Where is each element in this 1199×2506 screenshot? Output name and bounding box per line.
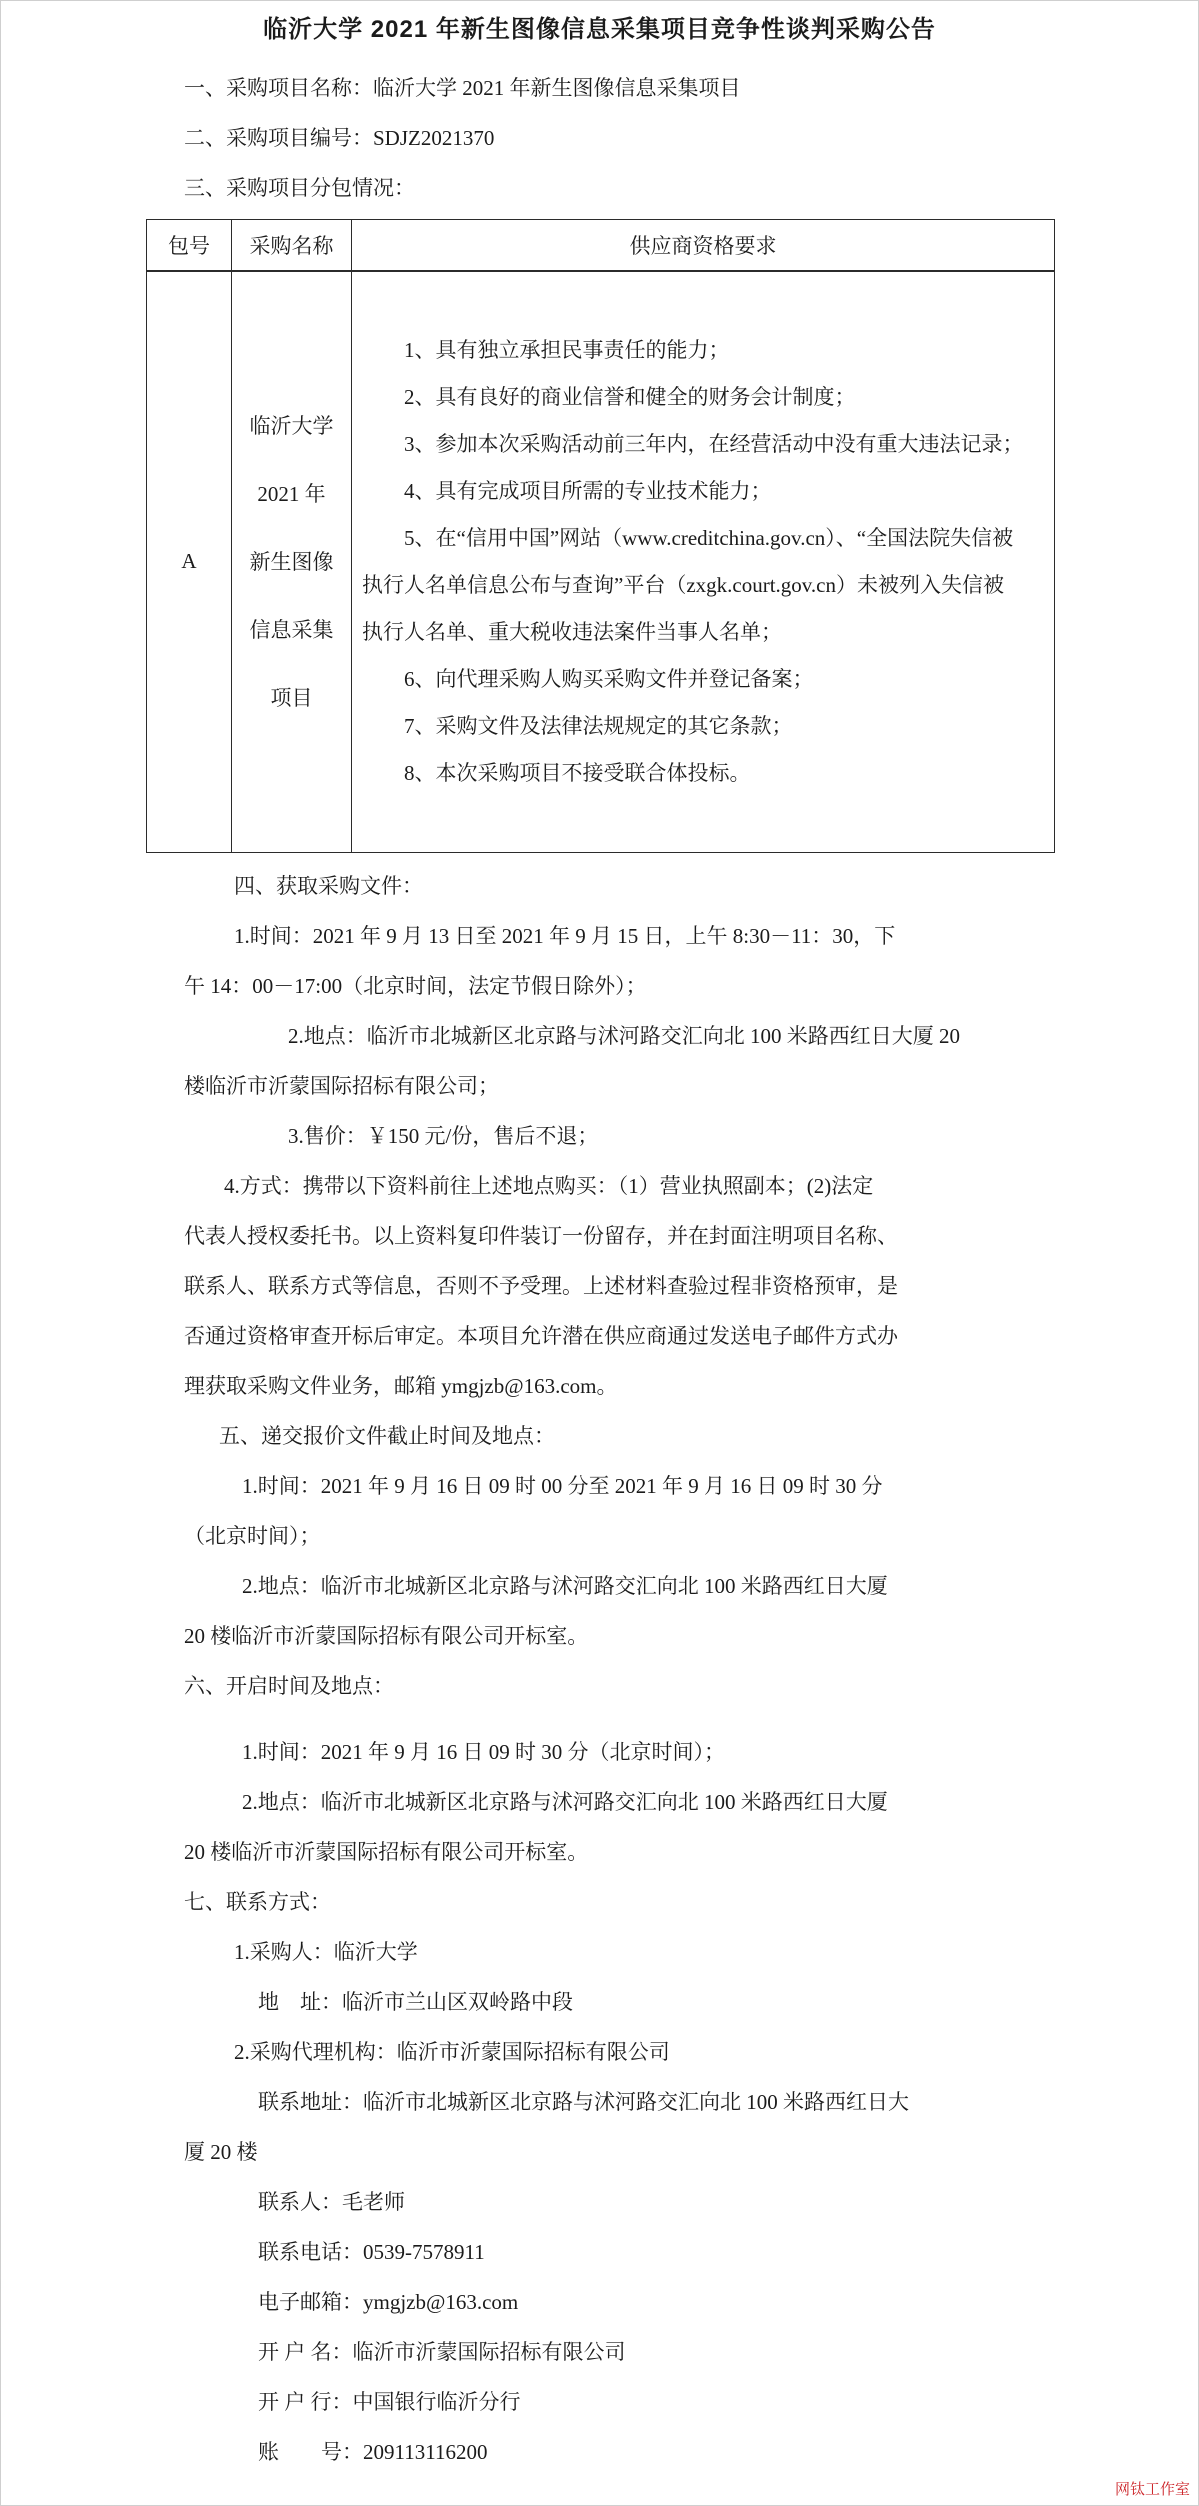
doc-line: 地 址：临沂市兰山区双岭路中段 — [184, 1977, 1100, 2027]
doc-line: 联系电话：0539-7578911 — [184, 2227, 1100, 2277]
section-heading-1: 一、采购项目名称：临沂大学 2021 年新生图像信息采集项目 — [184, 63, 1100, 113]
page-title: 临沂大学 2021 年新生图像信息采集项目竞争性谈判采购公告 — [1, 11, 1198, 49]
name-line: 信息采集 — [238, 596, 345, 664]
qualifications-cell: 1、具有独立承担民事责任的能力； 2、具有良好的商业信誉和健全的财务会计制度； … — [352, 271, 1055, 853]
requirement-item: 1、具有独立承担民事责任的能力； — [362, 327, 1024, 374]
name-line: 新生图像 — [238, 528, 345, 596]
doc-line: 联系人、联系方式等信息，否则不予受理。上述材料查验过程非资格预审，是 — [184, 1261, 1100, 1311]
doc-line: 20 楼临沂市沂蒙国际招标有限公司开标室。 — [184, 1827, 1100, 1877]
section-heading-4: 四、获取采购文件： — [184, 861, 1100, 911]
requirement-item: 6、向代理采购人购买采购文件并登记备案； — [362, 656, 1024, 703]
doc-line: 开 户 名：临沂市沂蒙国际招标有限公司 — [184, 2327, 1100, 2377]
requirement-item: 5、在“信用中国”网站（www.creditchina.gov.cn）、“全国法… — [362, 515, 1024, 656]
requirement-item: 8、本次采购项目不接受联合体投标。 — [362, 750, 1024, 797]
doc-line: 午 14：00－17:00（北京时间，法定节假日除外）； — [184, 961, 1100, 1011]
doc-line: 理获取采购文件业务，邮箱 ymgjzb@163.com。 — [184, 1361, 1100, 1411]
table-header-procurement-name: 采购名称 — [232, 220, 352, 271]
procurement-announcement-page: { "doc": { "title": "临沂大学 2021 年新生图像信息采集… — [0, 0, 1199, 2506]
doc-line: 厦 20 楼 — [184, 2127, 1100, 2177]
table-header-package-no: 包号 — [147, 220, 232, 271]
packages-table: 包号 采购名称 供应商资格要求 A 临沂大学 2021 年 新生图像 信息采集 … — [146, 219, 1055, 853]
doc-line: 1.时间：2021 年 9 月 16 日 09 时 30 分（北京时间）； — [184, 1727, 1100, 1777]
requirement-item: 2、具有良好的商业信誉和健全的财务会计制度； — [362, 374, 1024, 421]
requirement-item: 7、采购文件及法律法规规定的其它条款； — [362, 703, 1024, 750]
doc-line: 联系地址：临沂市北城新区北京路与沭河路交汇向北 100 米路西红日大 — [184, 2077, 1100, 2127]
doc-line: 3.售价：￥150 元/份，售后不退； — [184, 1111, 1100, 1161]
watermark: 网钛工作室 — [1115, 2478, 1190, 2499]
doc-line: 楼临沂市沂蒙国际招标有限公司； — [184, 1061, 1100, 1111]
doc-line: 4.方式：携带以下资料前往上述地点购买：（1）营业执照副本；(2)法定 — [184, 1161, 1100, 1211]
package-no-cell: A — [147, 271, 232, 853]
doc-line: 2.地点：临沂市北城新区北京路与沭河路交汇向北 100 米路西红日大厦 — [184, 1777, 1100, 1827]
doc-line: 账 号：209113116200 — [184, 2427, 1100, 2477]
doc-line: 2.地点：临沂市北城新区北京路与沭河路交汇向北 100 米路西红日大厦 — [184, 1561, 1100, 1611]
requirement-item: 3、参加本次采购活动前三年内，在经营活动中没有重大违法记录； — [362, 421, 1024, 468]
table-row: A 临沂大学 2021 年 新生图像 信息采集 项目 1、具有独立承担民事责任的… — [147, 271, 1055, 853]
doc-line: 20 楼临沂市沂蒙国际招标有限公司开标室。 — [184, 1611, 1100, 1661]
doc-line: （北京时间）； — [184, 1511, 1100, 1561]
requirement-item: 4、具有完成项目所需的专业技术能力； — [362, 468, 1024, 515]
body-section: 四、获取采购文件： 1.时间：2021 年 9 月 13 日至 2021 年 9… — [184, 861, 1100, 2477]
doc-line: 2.采购代理机构：临沂市沂蒙国际招标有限公司 — [184, 2027, 1100, 2077]
doc-line: 代表人授权委托书。以上资料复印件装订一份留存，并在封面注明项目名称、 — [184, 1211, 1100, 1261]
doc-line: 1.时间：2021 年 9 月 13 日至 2021 年 9 月 15 日，上午… — [184, 911, 1100, 961]
procurement-name-cell: 临沂大学 2021 年 新生图像 信息采集 项目 — [232, 271, 352, 853]
section-heading-7: 七、联系方式： — [184, 1877, 1100, 1927]
doc-line: 1.时间：2021 年 9 月 16 日 09 时 00 分至 2021 年 9… — [184, 1461, 1100, 1511]
table-header-row: 包号 采购名称 供应商资格要求 — [147, 220, 1055, 271]
doc-line: 联系人：毛老师 — [184, 2177, 1100, 2227]
doc-line: 2.地点：临沂市北城新区北京路与沭河路交汇向北 100 米路西红日大厦 20 — [184, 1011, 1100, 1061]
doc-line: 1.采购人：临沂大学 — [184, 1927, 1100, 1977]
section-heading-3: 三、采购项目分包情况： — [184, 163, 1100, 213]
section-heading-2: 二、采购项目编号：SDJZ2021370 — [184, 113, 1100, 163]
doc-line: 电子邮箱：ymgjzb@163.com — [184, 2277, 1100, 2327]
name-line: 2021 年 — [238, 460, 345, 528]
doc-line: 否通过资格审查开标后审定。本项目允许潜在供应商通过发送电子邮件方式办 — [184, 1311, 1100, 1361]
name-line: 项目 — [238, 664, 345, 732]
doc-line: 开 户 行：中国银行临沂分行 — [184, 2377, 1100, 2427]
name-line: 临沂大学 — [238, 392, 345, 460]
section-heading-5: 五、递交报价文件截止时间及地点： — [184, 1411, 1100, 1461]
intro-section: 一、采购项目名称：临沂大学 2021 年新生图像信息采集项目 二、采购项目编号：… — [184, 63, 1100, 213]
table-header-supplier-qualifications: 供应商资格要求 — [352, 220, 1055, 271]
document-content: 一、采购项目名称：临沂大学 2021 年新生图像信息采集项目 二、采购项目编号：… — [1, 63, 1198, 2477]
section-heading-6: 六、开启时间及地点： — [184, 1661, 1100, 1711]
